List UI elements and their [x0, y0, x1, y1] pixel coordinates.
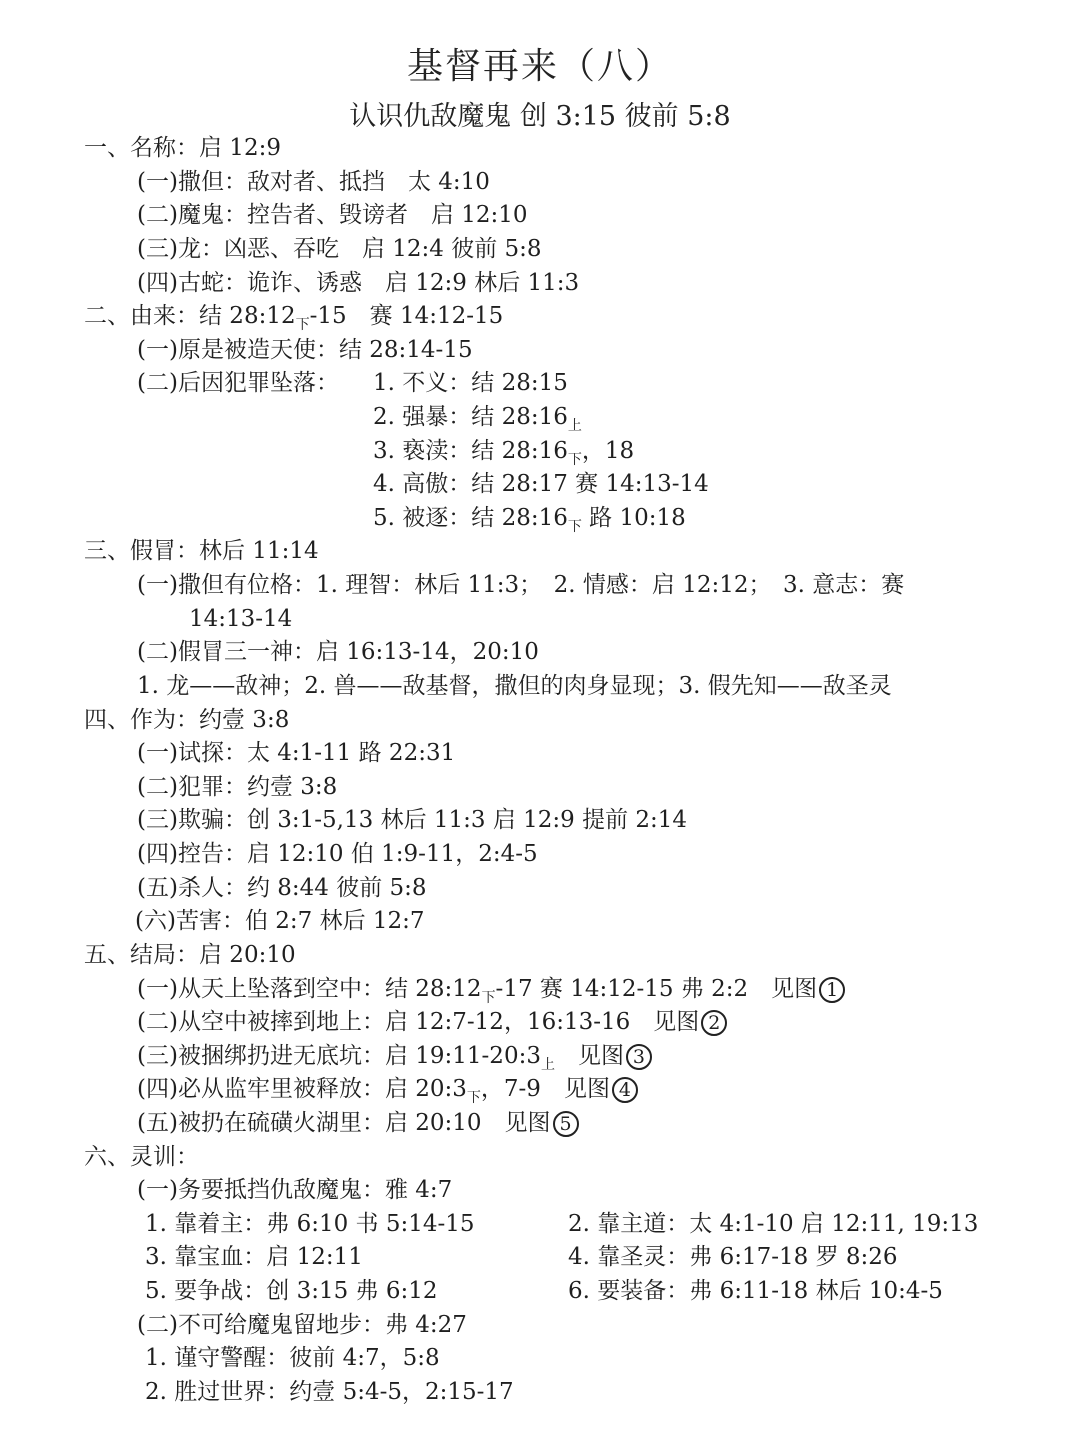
list-item: 2. 胜过世界：约壹 5:4-5，2:15-17: [145, 1377, 514, 1407]
list-item: 1. 靠着主：弗 6:10 书 5:14-15: [145, 1209, 475, 1239]
list-item: 1. 龙——敌神；2. 兽——敌基督，撒但的肉身显现；3. 假先知——敌圣灵: [137, 671, 892, 701]
verse-part-marker: 下: [482, 990, 496, 1006]
figure-number-1-icon: 1: [819, 977, 845, 1003]
heading-text: 二、由来：结 28:12: [84, 303, 296, 329]
subsection-title: (一)务要抵挡仇敌魔鬼：雅 4:7: [137, 1175, 452, 1205]
fall-text: 3. 亵渎：结 28:16: [373, 438, 568, 464]
fall-text-cont: ，18: [582, 438, 634, 464]
list-item: 1. 谨守警醒：彼前 4:7，5:8: [145, 1343, 440, 1373]
item-text: (三)被捆绑扔进无底坑：启 19:11-20:3: [137, 1043, 541, 1069]
item-text-cont: 见图: [555, 1043, 624, 1069]
list-item: (一)撒但：敌对者、抵挡 太 4:10: [137, 167, 490, 197]
fall-text: 1. 不义：结 28:15: [373, 370, 568, 396]
section-heading-counterfeit: 三、假冒：林后 11:14: [84, 536, 319, 566]
list-item: (一)原是被造天使：结 28:14-15: [137, 335, 473, 365]
list-item: 5. 要争战：创 3:15 弗 6:12: [145, 1276, 438, 1306]
verse-part-marker: 上: [541, 1057, 555, 1073]
list-item: (三)欺骗：创 3:1-5,13 林后 11:3 启 12:9 提前 2:14: [137, 805, 687, 835]
section-heading-works: 四、作为：约壹 3:8: [84, 705, 289, 735]
list-item: (二)假冒三一神：启 16:13-14，20:10: [137, 637, 539, 667]
heading-text-cont: -15 赛 14:12-15: [310, 303, 504, 329]
section-heading-lessons: 六、灵训：: [84, 1142, 199, 1172]
list-item: (三)龙：凶恶、吞吃 启 12:4 彼前 5:8: [137, 234, 542, 264]
list-item: (二)魔鬼：控告者、毁谤者 启 12:10: [137, 200, 528, 230]
list-item: 6. 要装备：弗 6:11-18 林后 10:4-5: [568, 1276, 943, 1306]
item-text: (四)必从监牢里被释放：启 20:3: [137, 1076, 467, 1102]
subsection-title: (二)不可给魔鬼留地步：弗 4:27: [137, 1310, 467, 1340]
verse-part-marker: 下: [296, 317, 310, 333]
item-text-cont: ，7-9 见图: [481, 1076, 610, 1102]
item-text: (五)被扔在硫磺火湖里：启 20:10 见图: [137, 1110, 551, 1136]
verse-part-marker: 下: [568, 452, 582, 468]
list-item: (一)试探：太 4:1-11 路 22:31: [137, 738, 455, 768]
figure-number-4-icon: 4: [612, 1077, 638, 1103]
item-text-cont: -17 赛 14:12-15 弗 2:2 见图: [496, 976, 818, 1002]
page-title: 基督再来（八）: [0, 38, 1080, 89]
fall-text-cont: 路 10:18: [582, 505, 686, 531]
verse-part-marker: 下: [467, 1090, 481, 1106]
item-text: (二)从空中被摔到地上：启 12:7-12，16:13-16 见图: [137, 1009, 699, 1035]
fall-text: 4. 高傲：结 28:17 赛 14:13-14: [373, 471, 709, 497]
fall-text: 2. 强暴：结 28:16: [373, 404, 568, 430]
figure-number-3-icon: 3: [626, 1044, 652, 1070]
figure-number-2-icon: 2: [701, 1010, 727, 1036]
fall-item: 5. 被逐：结 28:16下 路 10:18: [373, 503, 686, 542]
list-item: (六)苦害：伯 2:7 林后 12:7: [135, 906, 425, 936]
verse-part-marker: 上: [568, 418, 582, 434]
list-item: (五)杀人：约 8:44 彼前 5:8: [137, 873, 427, 903]
fall-text: 5. 被逐：结 28:16: [373, 505, 568, 531]
list-item: (二)犯罪：约壹 3:8: [137, 772, 337, 802]
list-item-continuation: 14:13-14: [189, 604, 292, 634]
item-text: (一)从天上坠落到空中：结 28:12: [137, 976, 482, 1002]
page-subtitle: 认识仇敌魔鬼 创 3:15 彼前 5:8: [0, 94, 1080, 133]
figure-number-5-icon: 5: [553, 1111, 579, 1137]
list-item: 2. 靠主道：太 4:1-10 启 12:11, 19:13: [568, 1209, 978, 1239]
list-item: 4. 靠圣灵：弗 6:17-18 罗 8:26: [568, 1242, 898, 1272]
list-item: (四)控告：启 12:10 伯 1:9-11，2:4-5: [137, 839, 538, 869]
section-heading-end: 五、结局：启 20:10: [84, 940, 296, 970]
list-item: (五)被扔在硫磺火湖里：启 20:10 见图5: [137, 1108, 579, 1147]
section-heading-names: 一、名称：启 12:9: [84, 133, 281, 163]
verse-part-marker: 下: [568, 519, 582, 535]
list-item: (一)撒但有位格：1. 理智：林后 11:3； 2. 情感：启 12:12； 3…: [137, 570, 904, 600]
list-item: (四)古蛇：诡诈、诱惑 启 12:9 林后 11:3: [137, 268, 579, 298]
list-item: 3. 靠宝血：启 12:11: [145, 1242, 363, 1272]
list-item: (二)后因犯罪坠落：: [137, 368, 339, 398]
